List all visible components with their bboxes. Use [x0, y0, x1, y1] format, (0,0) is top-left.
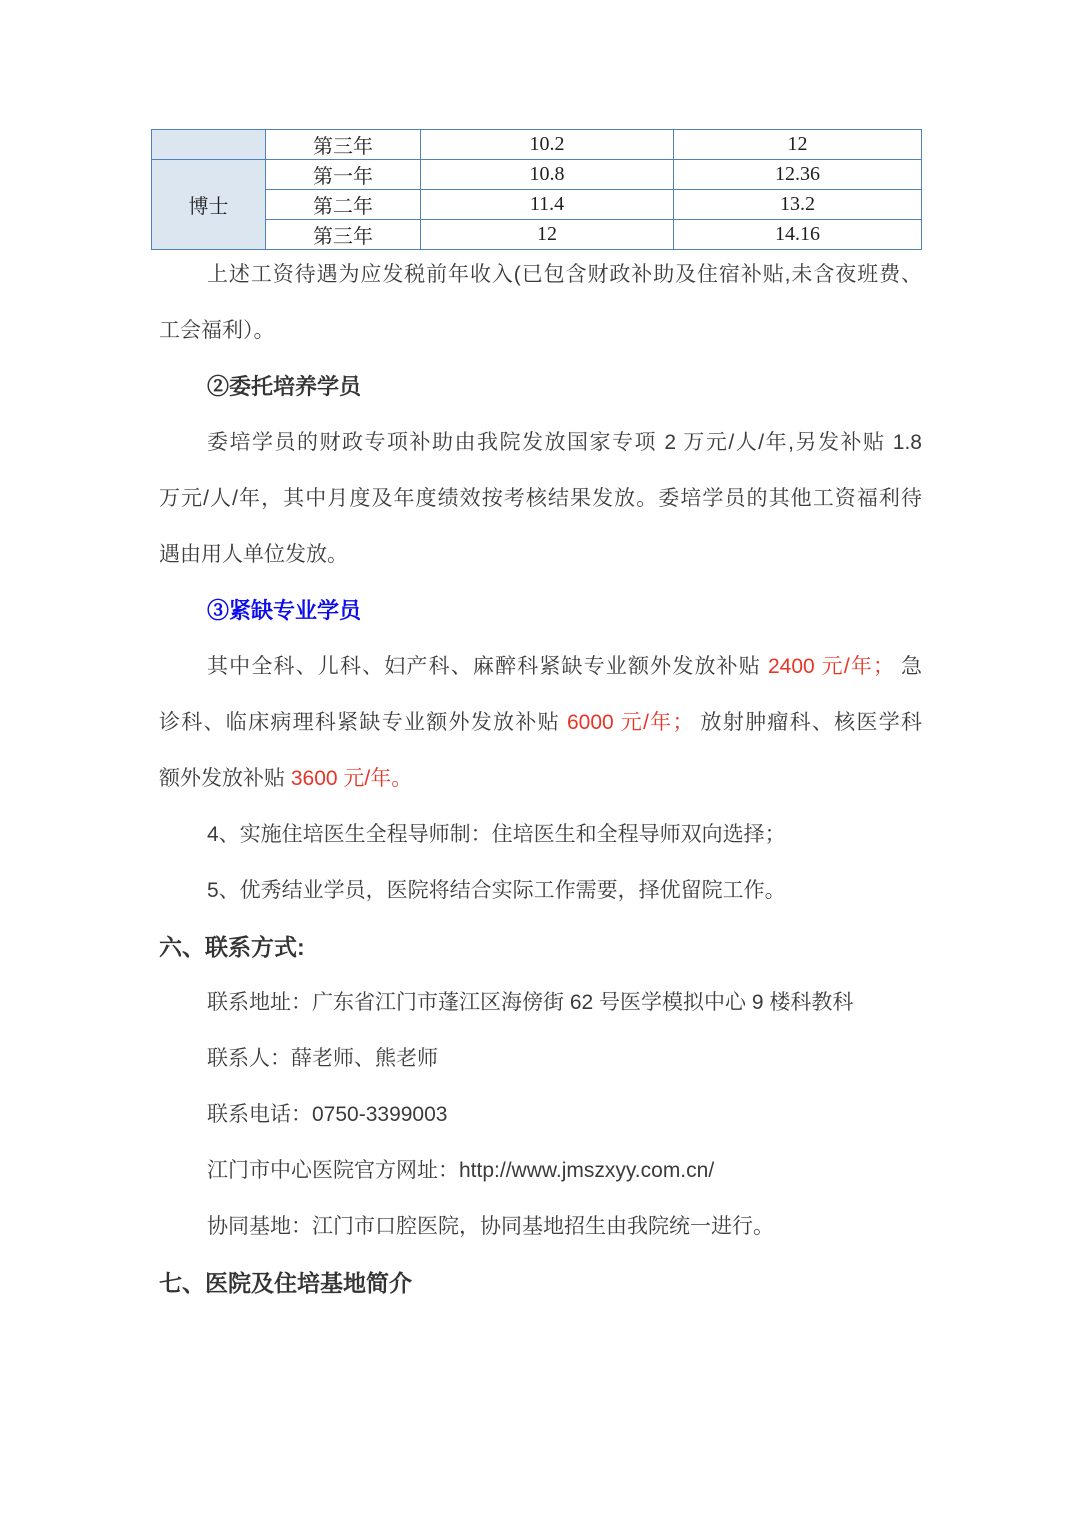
amount-cell: 12: [674, 130, 922, 160]
year-cell: 第三年: [266, 130, 421, 160]
contact-person: 联系人：薛老师、熊老师: [159, 1031, 922, 1087]
degree-cell: [152, 130, 266, 160]
amount-cell: 13.2: [674, 190, 922, 220]
salary-table: 第三年 10.2 12 博士 第一年 10.8 12.36 第二年 11.4 1…: [151, 129, 922, 250]
entrusted-line: 万元/人/年，其中月度及年度绩效按考核结果发放。委培学员的其他工资福利待: [159, 471, 922, 527]
amount-cell: 12: [421, 220, 674, 250]
table-row: 第三年 12 14.16: [152, 220, 922, 250]
contact-phone: 联系电话：0750-3399003: [159, 1087, 922, 1143]
intro-section-heading: 七、医院及住培基地简介: [159, 1255, 922, 1311]
amount-cell: 14.16: [674, 220, 922, 250]
shortage-line: 诊科、临床病理科紧缺专业额外发放补贴 6000 元/年； 放射肿瘤科、核医学科: [159, 695, 922, 751]
amount-cell: 10.2: [421, 130, 674, 160]
salary-note-line: 上述工资待遇为应发税前年收入(已包含财政补助及住宿补贴,未含夜班费、: [159, 247, 922, 303]
shortage-line: 其中全科、儿科、妇产科、麻醉科紧缺专业额外发放补贴 2400 元/年； 急: [159, 639, 922, 695]
shortage-heading: ③紧缺专业学员: [159, 583, 922, 639]
amount-cell: 11.4: [421, 190, 674, 220]
list-item-5: 5、优秀结业学员，医院将结合实际工作需要，择优留院工作。: [159, 863, 922, 919]
table-row: 第三年 10.2 12: [152, 130, 922, 160]
list-item-4: 4、实施住培医生全程导师制：住培医生和全程导师双向选择；: [159, 807, 922, 863]
shortage-line: 额外发放补贴 3600 元/年。: [159, 751, 922, 807]
contact-address: 联系地址：广东省江门市蓬江区海傍街 62 号医学模拟中心 9 楼科教科: [159, 975, 922, 1031]
table-row: 第二年 11.4 13.2: [152, 190, 922, 220]
partner-base: 协同基地：江门市口腔医院，协同基地招生由我院统一进行。: [159, 1199, 922, 1255]
year-cell: 第三年: [266, 220, 421, 250]
amount-cell: 10.8: [421, 160, 674, 190]
entrusted-line: 遇由用人单位发放。: [159, 527, 922, 583]
contact-section-heading: 六、联系方式:: [159, 919, 922, 975]
year-cell: 第一年: [266, 160, 421, 190]
table-row: 博士 第一年 10.8 12.36: [152, 160, 922, 190]
hospital-website: 江门市中心医院官方网址：http://www.jmszxyy.com.cn/: [159, 1143, 922, 1199]
entrusted-line: 委培学员的财政专项补助由我院发放国家专项 2 万元/人/年,另发补贴 1.8: [159, 415, 922, 471]
degree-cell: 博士: [152, 160, 266, 250]
year-cell: 第二年: [266, 190, 421, 220]
entrusted-heading: ②委托培养学员: [159, 359, 922, 415]
salary-note-line: 工会福利）。: [159, 303, 922, 359]
document-body: 上述工资待遇为应发税前年收入(已包含财政补助及住宿补贴,未含夜班费、 工会福利）…: [159, 247, 922, 1311]
amount-cell: 12.36: [674, 160, 922, 190]
